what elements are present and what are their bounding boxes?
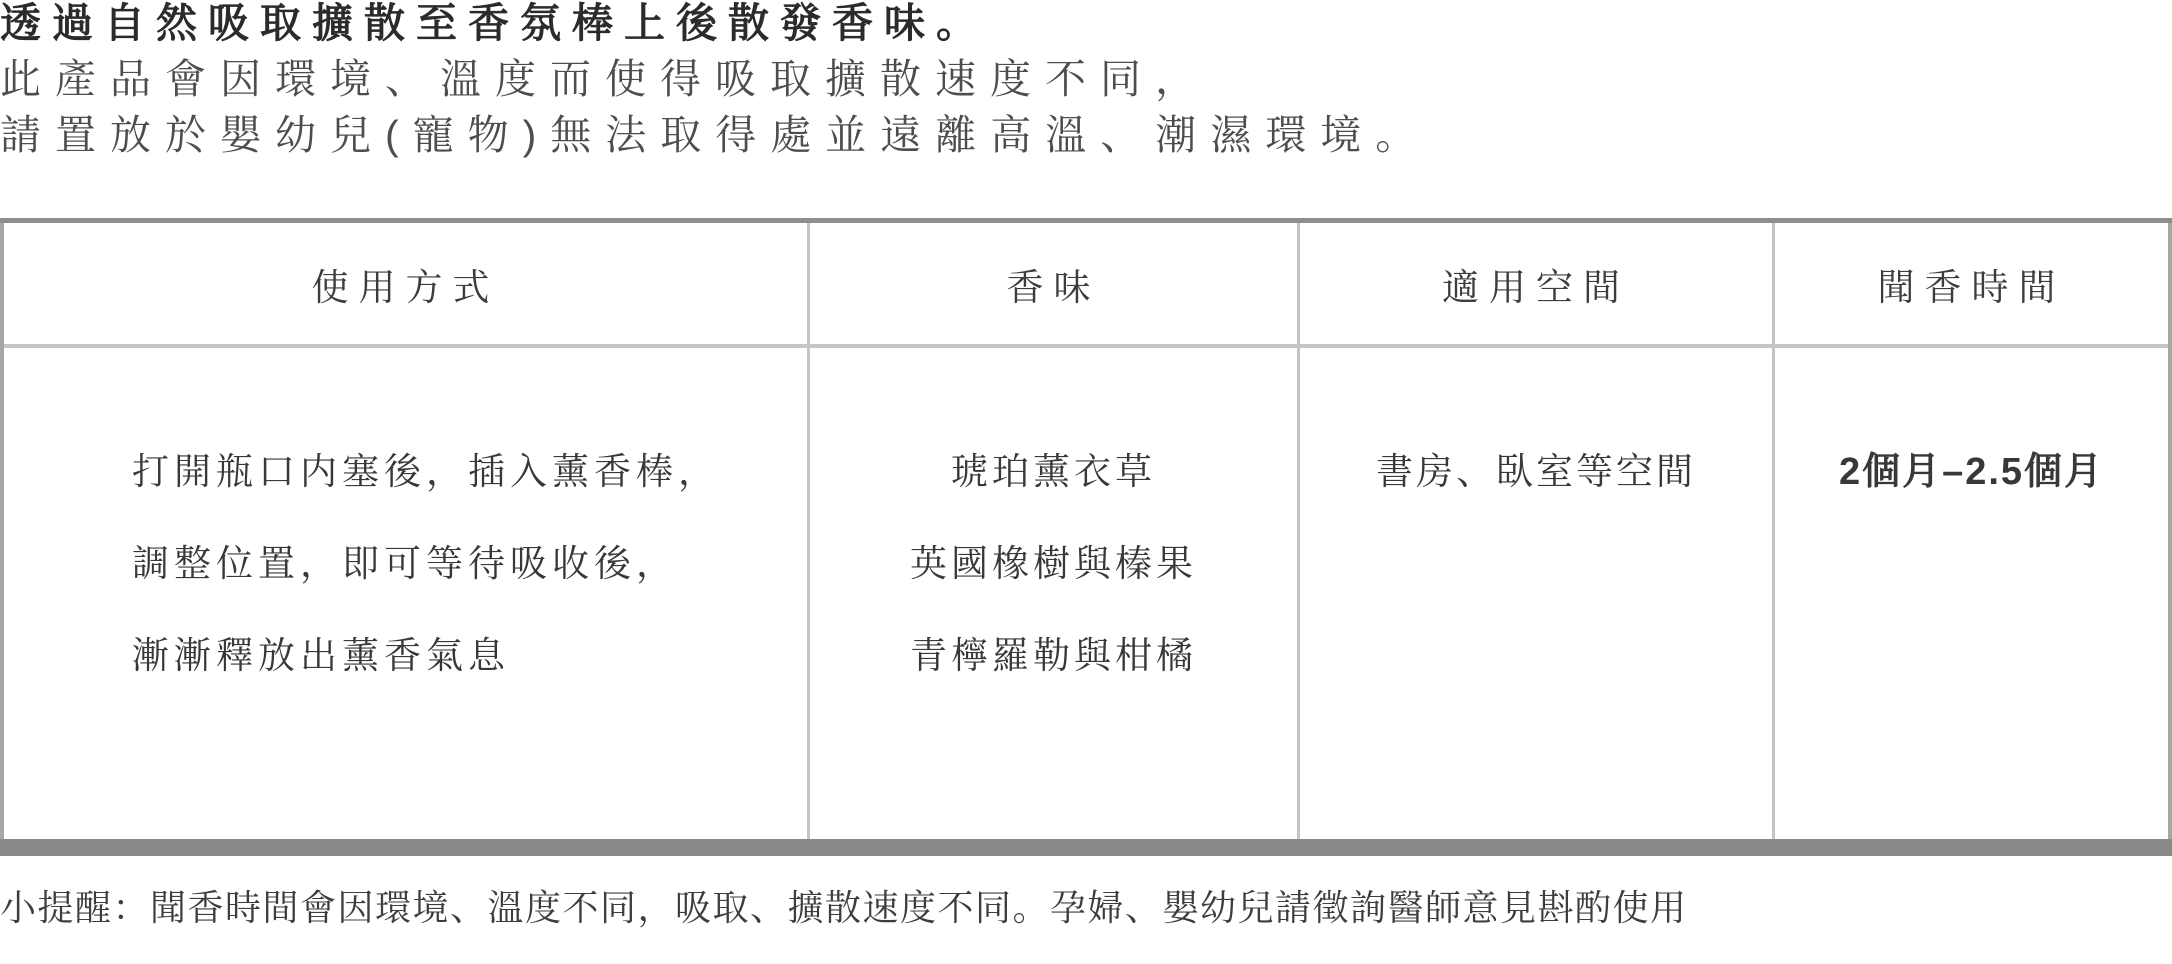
spec-table-body-row: 打開瓶口内塞後，插入薰香棒， 調整位置，即可等待吸收後， 漸漸釋放出薰香氣息 琥…: [4, 348, 2168, 839]
cell-scent-duration: 2個月–2.5個月: [1775, 348, 2168, 839]
intro-title: 透過自然吸取擴散至香氛棒上後散發香味。: [0, 0, 2172, 51]
spec-table-rows: 使用方式 香味 適用空間 聞香時間 打開瓶口内塞後，插入薰香棒， 調整位置，即可…: [0, 223, 2172, 839]
scent-line-2: 英國橡樹與榛果: [810, 518, 1297, 610]
intro-line-safety: 請置放於嬰幼兒(寵物)無法取得處並遠離高溫、潮濕環境。: [0, 107, 2172, 163]
space-value: 書房、臥室等空間: [1300, 426, 1772, 518]
usage-line-2: 調整位置，即可等待吸收後，: [132, 518, 807, 610]
cell-usage-instructions: 打開瓶口内塞後，插入薰香棒， 調整位置，即可等待吸收後， 漸漸釋放出薰香氣息: [4, 348, 810, 839]
intro-paragraph: 透過自然吸取擴散至香氛棒上後散發香味。 此產品會因環境、溫度而使得吸取擴散速度不…: [0, 0, 2172, 163]
scent-line-3: 青檸羅勒與柑橘: [810, 610, 1297, 702]
header-cell-usage: 使用方式: [4, 223, 810, 344]
product-spec-table: 使用方式 香味 適用空間 聞香時間 打開瓶口内塞後，插入薰香棒， 調整位置，即可…: [0, 218, 2172, 856]
header-cell-space: 適用空間: [1300, 223, 1775, 344]
product-description-page: 透過自然吸取擴散至香氛棒上後散發香味。 此產品會因環境、溫度而使得吸取擴散速度不…: [0, 0, 2172, 964]
scent-line-1: 琥珀薰衣草: [810, 426, 1297, 518]
spec-table-header-row: 使用方式 香味 適用空間 聞香時間: [4, 223, 2168, 348]
intro-line-environment: 此產品會因環境、溫度而使得吸取擴散速度不同，: [0, 51, 2172, 107]
duration-value: 2個月–2.5個月: [1775, 426, 2168, 518]
footer-reminder-note: 小提醒：聞香時間會因環境、溫度不同，吸取、擴散速度不同。孕婦、嬰幼兒請徵詢醫師意…: [0, 880, 2172, 931]
header-cell-scent: 香味: [810, 223, 1300, 344]
usage-line-1: 打開瓶口内塞後，插入薰香棒，: [132, 426, 807, 518]
usage-line-3: 漸漸釋放出薰香氣息: [132, 610, 807, 702]
header-cell-duration: 聞香時間: [1775, 223, 2168, 344]
cell-suitable-space: 書房、臥室等空間: [1300, 348, 1775, 839]
cell-scent-list: 琥珀薰衣草 英國橡樹與榛果 青檸羅勒與柑橘: [810, 348, 1300, 839]
table-bottom-bar: [0, 839, 2172, 856]
